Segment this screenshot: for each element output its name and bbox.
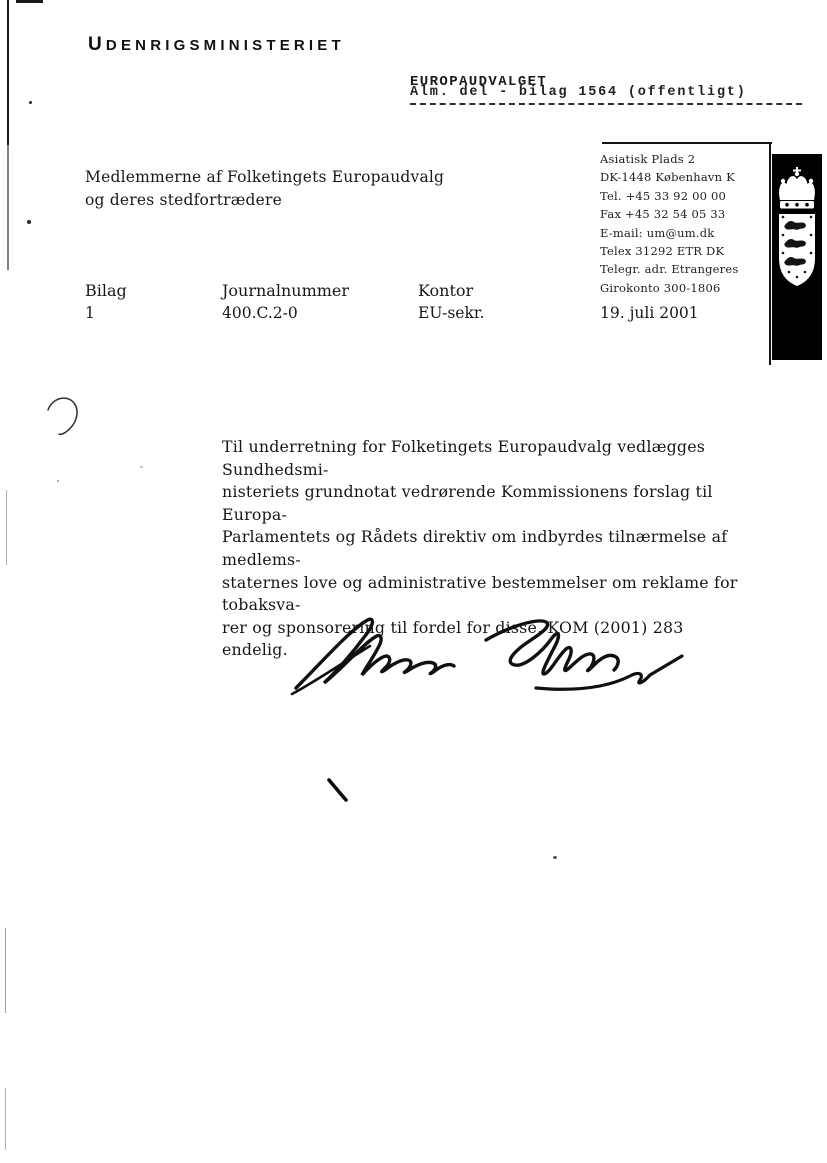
scan-edge-artifact	[5, 928, 6, 1013]
pen-mark-stroke	[326, 778, 350, 804]
journalnummer-value: 400.C.2-0	[222, 304, 298, 322]
bilag-label: Bilag	[85, 281, 127, 300]
scan-speck	[27, 220, 31, 224]
scan-speck	[140, 466, 143, 468]
scan-edge-artifact	[5, 1088, 6, 1150]
ministry-title: UDENRIGSMINISTERIET	[88, 34, 345, 56]
scan-edge-artifact	[6, 490, 7, 565]
scan-speck	[553, 856, 557, 859]
contact-block: Asiatisk Plads 2 DK-1448 København K Tel…	[600, 150, 738, 297]
danish-coat-of-arms-icon	[775, 166, 819, 344]
header-rule-horizontal	[602, 142, 772, 144]
kontor-value: EU-sekr.	[418, 304, 485, 322]
coat-of-arms-band	[772, 154, 822, 360]
handwritten-signature	[290, 612, 690, 707]
bilag-value: 1	[85, 304, 95, 322]
kontor-label: Kontor	[418, 281, 473, 300]
scanned-letter-page: UDENRIGSMINISTERIET EUROPAUDVALGET Alm. …	[0, 0, 827, 1163]
scan-edge-artifact	[7, 0, 9, 145]
scan-edge-artifact	[16, 0, 43, 3]
header-rule-vertical	[769, 142, 771, 365]
journalnummer-label: Journalnummer	[222, 281, 349, 300]
letter-date: 19. juli 2001	[600, 304, 699, 322]
scan-speck	[57, 480, 59, 482]
recipient-block: Medlemmerne af Folketingets Europaudvalg…	[85, 166, 444, 211]
stamp-underline	[410, 103, 802, 105]
pen-mark-arc	[44, 394, 82, 440]
scan-edge-artifact	[7, 145, 9, 270]
scan-speck	[29, 101, 32, 104]
committee-stamp-reference: Alm. del - bilag 1564 (offentligt)	[410, 85, 747, 100]
